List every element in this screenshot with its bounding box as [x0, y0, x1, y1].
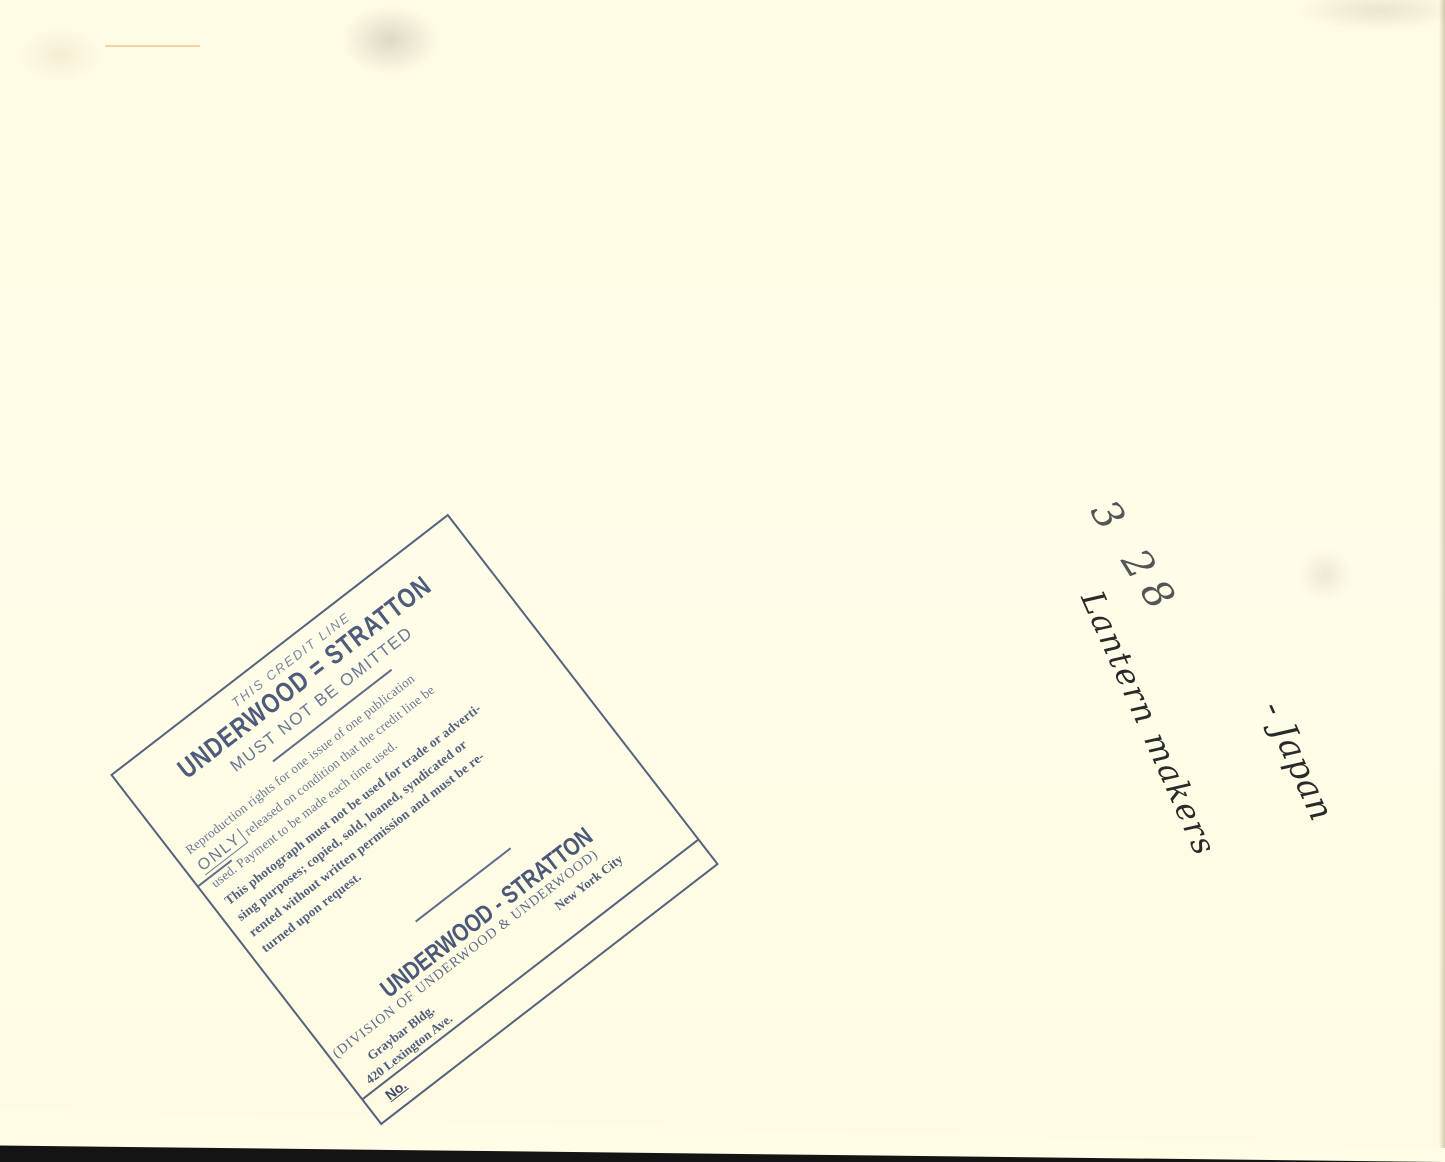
paper-edge — [1439, 0, 1445, 1148]
rust-stain — [105, 45, 200, 47]
photo-back-paper — [0, 0, 1445, 1148]
